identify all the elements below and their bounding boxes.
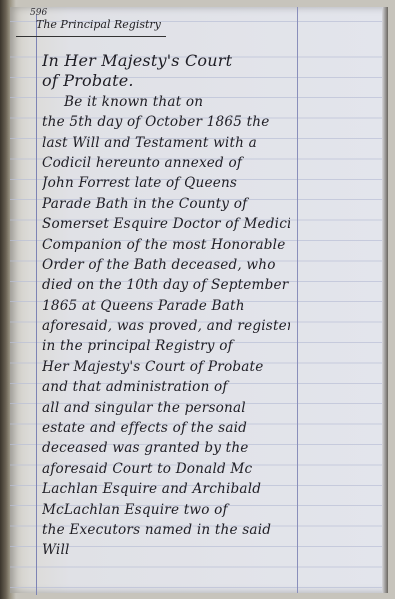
text-line: Will xyxy=(42,540,290,560)
text-line: estate and effects of the said xyxy=(42,418,290,438)
text-line: McLachlan Esquire two of xyxy=(42,500,290,520)
text-line: in the principal Registry of xyxy=(42,336,290,356)
court-title-line: of Probate. xyxy=(42,71,290,91)
text-line: Companion of the most Honorable xyxy=(42,235,290,255)
page-number: 596 xyxy=(30,8,47,18)
left-margin-rule xyxy=(36,15,37,595)
text-line: Parade Bath in the County of xyxy=(42,194,290,214)
text-line: Order of the Bath deceased, who xyxy=(42,255,290,275)
page-edge xyxy=(382,7,388,593)
text-line: 1865 at Queens Parade Bath xyxy=(42,296,290,316)
text-line: last Will and Testament with a xyxy=(42,133,290,153)
text-line: Somerset Esquire Doctor of Medicine xyxy=(42,214,290,234)
text-line: all and singular the personal xyxy=(42,398,290,418)
text-line: Be it known that on xyxy=(42,92,290,112)
text-line: John Forrest late of Queens xyxy=(42,173,290,193)
probate-entry: In Her Majesty's Court of Probate. Be it… xyxy=(42,51,290,561)
text-line: Her Majesty's Court of Probate xyxy=(42,357,290,377)
text-line: the Executors named in the said xyxy=(42,520,290,540)
court-title-line: In Her Majesty's Court xyxy=(42,51,290,71)
text-line: and that administration of xyxy=(42,377,290,397)
text-line: Codicil hereunto annexed of xyxy=(42,153,290,173)
registry-header: The Principal Registry xyxy=(36,18,161,31)
text-line: aforesaid Court to Donald Mc xyxy=(42,459,290,479)
text-line: died on the 10th day of September xyxy=(42,275,290,295)
text-line: the 5th day of October 1865 the xyxy=(42,112,290,132)
text-line: aforesaid, was proved, and registered xyxy=(42,316,290,336)
header-underline xyxy=(16,36,166,37)
right-margin-rule xyxy=(297,7,298,593)
text-line: Lachlan Esquire and Archibald xyxy=(42,479,290,499)
text-line: deceased was granted by the xyxy=(42,438,290,458)
